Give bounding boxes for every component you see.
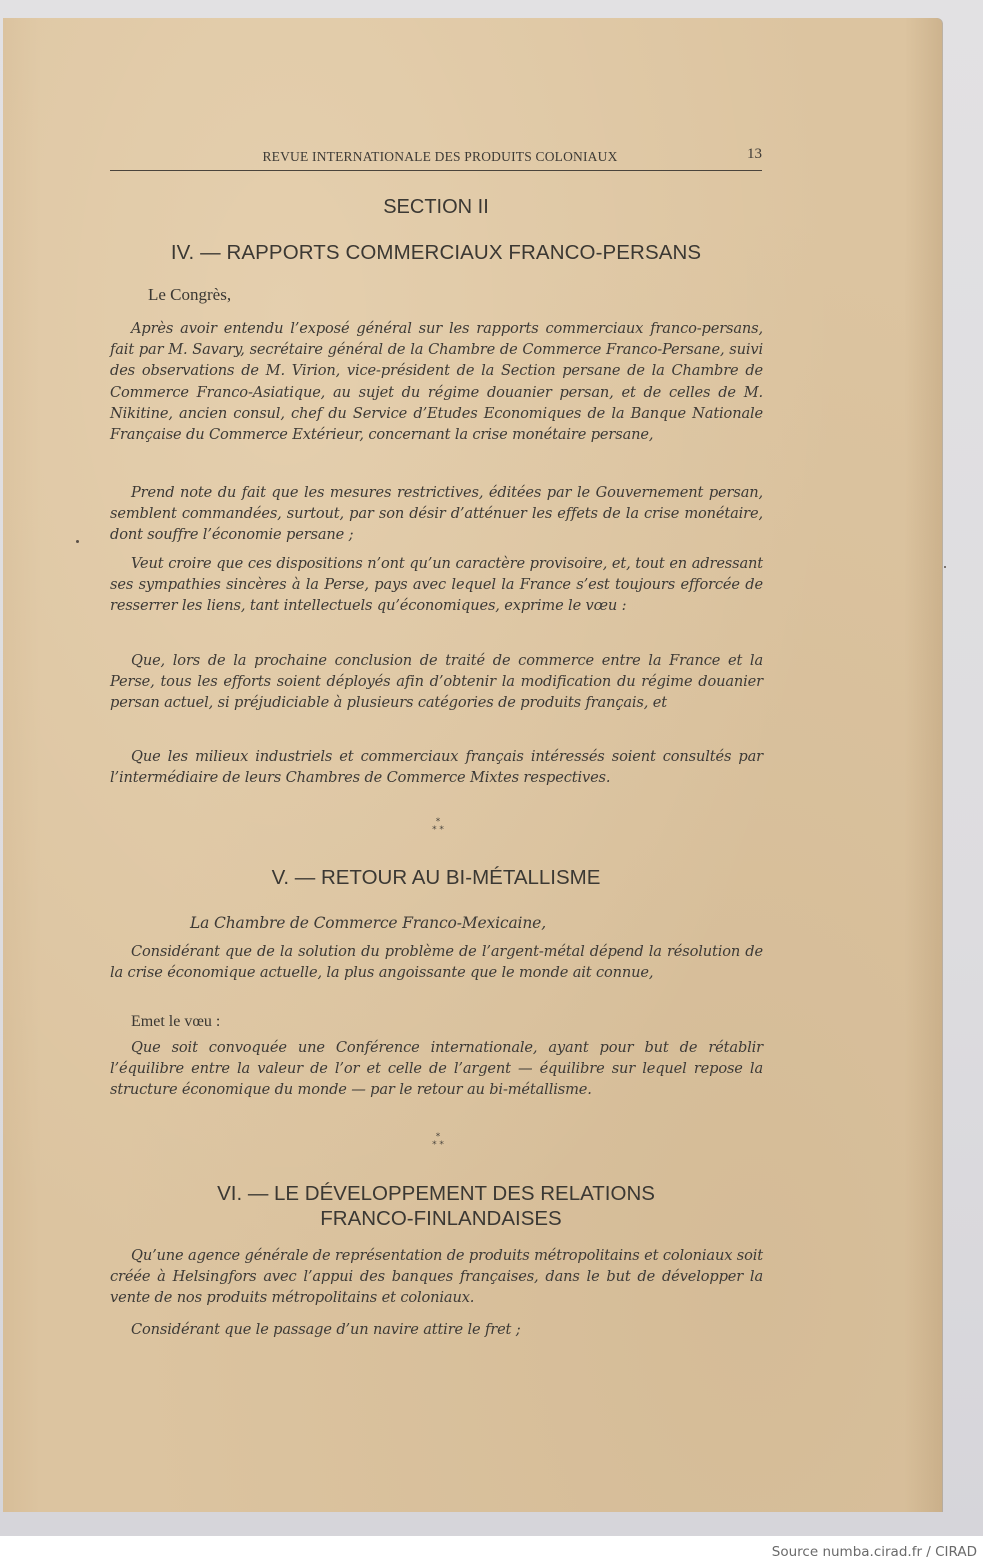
- separator-asterism: ** *: [418, 1133, 458, 1149]
- opening-chambre: La Chambre de Commerce Franco-Mexicaine,: [190, 913, 843, 934]
- page-number: 13: [747, 146, 762, 163]
- heading-iv: IV. — RAPPORTS COMMERCIAUX FRANCO-PERSAN…: [110, 241, 762, 265]
- paragraph: Considérant que le passage d’un navire a…: [110, 1319, 763, 1340]
- heading-vi-line2: FRANCO-FINLANDAISES: [110, 1206, 762, 1231]
- journal-title: REVUE INTERNATIONALE DES PRODUITS COLONI…: [230, 148, 650, 166]
- heading-vi-line1: VI. — LE DÉVELOPPEMENT DES RELATIONS: [217, 1182, 655, 1205]
- paper-speck: [944, 566, 946, 568]
- opening-le-congres: Le Congrès,: [148, 285, 231, 305]
- heading-v: V. — RETOUR AU BI-MÉTALLISME: [110, 866, 762, 890]
- paragraph: Que les milieux industriels et commercia…: [110, 746, 763, 788]
- source-credit: Source numba.cirad.fr / CIRAD: [772, 1544, 977, 1560]
- separator-asterism: ** *: [418, 818, 458, 834]
- emet-le-voeu: Emet le vœu :: [131, 1013, 220, 1031]
- paragraph: Considérant que de la solution du problè…: [110, 941, 763, 983]
- paper-speck: [76, 540, 79, 543]
- paragraph: Prend note du fait que les mesures restr…: [110, 482, 763, 546]
- paragraph: Que soit convoquée une Conférence intern…: [110, 1037, 763, 1101]
- paragraph: Que, lors de la prochaine conclusion de …: [110, 650, 763, 714]
- paragraph: Après avoir entendu l’exposé général sur…: [110, 318, 763, 445]
- running-header: REVUE INTERNATIONALE DES PRODUITS COLONI…: [110, 148, 762, 171]
- heading-vi: VI. — LE DÉVELOPPEMENT DES RELATIONS FRA…: [110, 1181, 762, 1231]
- section-title: SECTION II: [110, 196, 762, 219]
- paragraph: Qu’une agence générale de représentation…: [110, 1245, 763, 1309]
- paragraph: Veut croire que ces dispositions n’ont q…: [110, 553, 763, 617]
